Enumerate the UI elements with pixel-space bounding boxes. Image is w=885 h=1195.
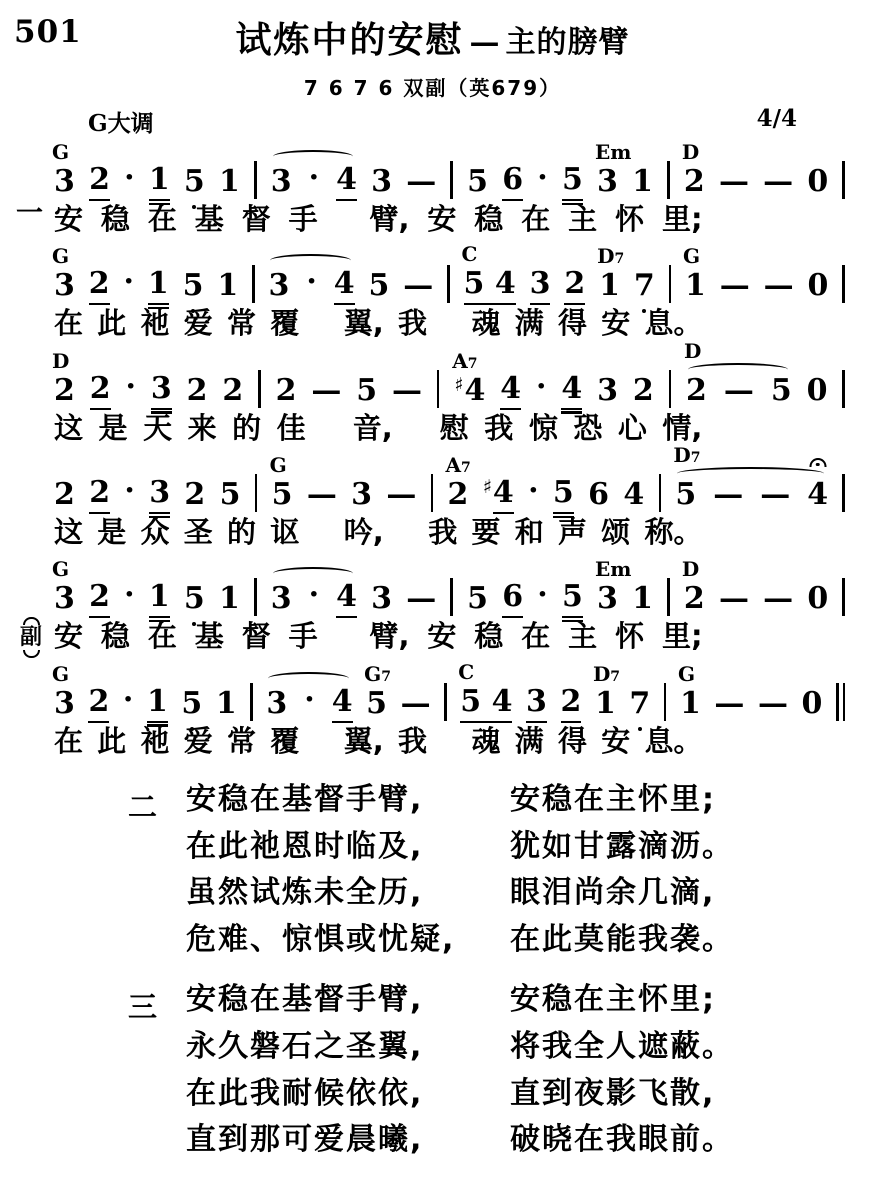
note-token: 4 [807, 480, 828, 514]
fermata-icon [809, 458, 826, 467]
lyric-syllable: 安 [54, 203, 83, 236]
lyric-syllable: 基 [195, 203, 224, 236]
slur-arc-group: D75——4 [675, 480, 828, 514]
note-digit: 2 [448, 480, 469, 514]
music-line: D22·3222—5—A7♯44·432D2—50这是天来的佳音,慰我惊恐心情, [20, 346, 845, 445]
note-token: · [537, 580, 547, 618]
note-digit: 3 [597, 584, 618, 618]
barline [669, 265, 672, 303]
dot-separator: · [123, 685, 133, 723]
note-digit: 2 [686, 376, 707, 410]
note-digit: 2 [222, 376, 243, 410]
lyric-syllable: 常 [227, 307, 256, 340]
chord-label: A7 [452, 351, 477, 371]
note-digit: 3 [371, 167, 392, 201]
note-token: 3 [266, 689, 287, 723]
note-token: — [760, 480, 790, 514]
note-token: · [304, 685, 314, 723]
verse-row: 安稳在基督手臂,安稳在主怀里; [186, 782, 845, 819]
dash-note: — [719, 167, 749, 201]
verse-line-left: 安稳在基督手臂, [186, 982, 510, 1019]
barline [450, 578, 453, 616]
note-digit: 2 [684, 167, 705, 201]
note-digit: 2 [90, 374, 111, 410]
note-digit: 3 [268, 271, 289, 305]
lyric-syllable: 此 [97, 725, 126, 758]
notes-row: D22·3222—5—A7♯44·432D2—50 [54, 346, 845, 410]
note-token: · [124, 163, 134, 201]
note-token: — [763, 167, 793, 201]
lyric-syllable: 称。 [644, 516, 702, 549]
chord-label: G [270, 455, 287, 475]
lyric-syllable: 魂 [471, 725, 500, 758]
note-digit: 1 [149, 582, 170, 618]
note-digit: 3 [54, 271, 75, 305]
note-token: — [403, 271, 433, 305]
title-subtitle: 主的膀臂 [506, 25, 630, 60]
dot-separator: · [124, 476, 134, 514]
lyric-syllable: 在 [521, 203, 550, 236]
note-token: Em3 [597, 584, 618, 618]
lyric-syllable: 祂 [141, 307, 170, 340]
note-token: — [720, 271, 750, 305]
note-token: D2 [54, 376, 75, 410]
note-token: 2 [89, 582, 110, 618]
note-token: — [392, 376, 422, 410]
note-token: — [406, 584, 436, 618]
lyric-syllable: 息。 [644, 725, 702, 758]
note-token: 2 [89, 269, 110, 305]
note-digit: 5 [467, 584, 488, 618]
note-digit: 5 4 [460, 687, 512, 723]
note-token [450, 161, 453, 201]
header: 501 试炼中的安慰—主的膀臂 [20, 12, 845, 64]
note-token: G3 [54, 271, 75, 305]
note-token: — [311, 376, 341, 410]
note-token: — [719, 167, 749, 201]
note-token: A72 [448, 480, 469, 514]
lyric-syllable: 安 [427, 620, 456, 653]
verse-line-right: 眼泪尚余几滴, [510, 875, 715, 912]
note-digit: 1 [599, 271, 620, 305]
note-digit: 3 [597, 167, 618, 201]
note-token [254, 578, 257, 618]
chord-label: C [458, 662, 474, 682]
note-token: G75 [366, 689, 387, 723]
lyric-syllable: 覆 [270, 725, 299, 758]
note-token: · [123, 685, 133, 723]
note-token: 1 [148, 269, 169, 305]
lyric-spacer [314, 516, 330, 549]
note-token: A7♯4 [454, 376, 485, 410]
vertical-paren-bottom [23, 650, 40, 658]
lyric-syllable: 在 [54, 307, 83, 340]
note-token [667, 161, 670, 201]
note-digit: 1 [219, 584, 240, 618]
note-token: — [401, 689, 431, 723]
chord-extension: 7 [614, 251, 624, 267]
note-digit: 0 [807, 271, 828, 305]
lyric-syllable: 这 [54, 412, 83, 445]
note-token: C5 4 [460, 687, 512, 723]
note-digit: 1 [219, 167, 240, 201]
verse-line-right: 直到夜影飞散, [510, 1076, 715, 1113]
note-digit: 7 [629, 689, 650, 723]
note-token: 5 [562, 582, 583, 618]
lyric-syllable: 安 [427, 203, 456, 236]
dash-note: — [713, 480, 743, 514]
note-token: 3 [271, 584, 292, 618]
lyric-syllable: 我 [398, 725, 427, 758]
lyric-syllable: 常 [227, 725, 256, 758]
note-digit: 2 [89, 165, 110, 201]
barline [450, 161, 453, 199]
note-token [669, 370, 672, 410]
lyric-syllable: 督 [242, 620, 271, 653]
verse-line-left: 在此祂恩时临及, [186, 829, 510, 866]
note-token [842, 474, 845, 514]
lyric-syllable: 基 [195, 620, 224, 653]
note-token: G5 [272, 480, 293, 514]
note-digit: 5 [220, 480, 241, 514]
note-digit: 0 [807, 376, 828, 410]
dash-note: — [311, 376, 341, 410]
note-digit: 3 [271, 584, 292, 618]
note-token: · [124, 580, 134, 618]
chord-label: G [52, 664, 69, 684]
note-digit: 1 [632, 167, 653, 201]
hymn-number: 501 [14, 14, 82, 50]
note-token: 1 [219, 167, 240, 201]
music-line: G32·1513·43—56·5Em31D2——0安稳在基督手臂,安稳在主怀里;… [20, 137, 845, 236]
note-token [258, 370, 261, 410]
note-digit: 3 [54, 167, 75, 201]
verse-line-left: 安稳在基督手臂, [186, 782, 510, 819]
note-digit: 5 [467, 167, 488, 201]
barline [842, 474, 845, 512]
lyrics-row: 这是天来的佳音,慰我惊恐心情, [54, 412, 703, 445]
note-token: 4 [561, 374, 582, 410]
note-digit: 3 [351, 480, 372, 514]
note-token: C5 4 [464, 269, 516, 305]
note-digit: 5 4 [464, 269, 516, 305]
lyric-syllable: 稳 [474, 620, 503, 653]
note-digit: 0 [807, 584, 828, 618]
note-token: 5 [183, 271, 204, 305]
note-token: 0 [807, 584, 828, 618]
note-token: · [528, 476, 538, 514]
note-token: 2 [276, 376, 297, 410]
note-token [447, 265, 450, 305]
lyric-syllable: 怀 [615, 620, 644, 653]
chord-label: G [52, 142, 69, 162]
note-token: 1 [632, 584, 653, 618]
note-token: 1 [219, 584, 240, 618]
chord-label: G [683, 246, 700, 266]
note-token: 4 [336, 165, 357, 201]
barline [437, 370, 440, 408]
note-token: D75 [675, 480, 696, 514]
lyrics-row: 这是众圣的讴吟,我要和声颂称。 [54, 516, 703, 549]
chord-extension: 7 [610, 669, 620, 685]
note-digit: 2 [89, 269, 110, 305]
note-digit: 4 [464, 376, 485, 410]
note-digit: 2 [187, 376, 208, 410]
note-digit: 6 [588, 480, 609, 514]
lyric-spacer [398, 516, 414, 549]
note-digit: 1 [680, 689, 701, 723]
refrain-marker-text: 副 [20, 626, 42, 649]
barline [836, 683, 839, 721]
note-token: 3 [151, 374, 172, 410]
lyrics-row: 在此祂爱常覆翼,我魂满得安息。 [54, 725, 703, 758]
music-line: 22·325G5—3—A72♯4·564D75——4这是众圣的讴吟,我要和声颂称… [20, 450, 845, 549]
verse-row: 虽然试炼未全历,眼泪尚余几滴, [186, 875, 845, 912]
note-digit: 5 [356, 376, 377, 410]
lyric-syllable: 里; [662, 620, 703, 653]
note-digit: 5 [369, 271, 390, 305]
dash-note: — [719, 584, 749, 618]
dot-separator: · [124, 267, 134, 305]
music-line: G32·1513·45—C5 432D717G1——0在此祂爱常覆翼,我魂满得安… [20, 241, 845, 340]
notes-row: G32·1513·45—C5 432D717G1——0 [54, 241, 845, 305]
refrain-marker: 副 [20, 617, 42, 658]
lyric-syllable: 爱 [184, 725, 213, 758]
lyric-syllable: 心 [618, 412, 647, 445]
barline [254, 578, 257, 616]
note-token [255, 474, 258, 514]
note-digit: 3 [266, 689, 287, 723]
note-token: 0 [802, 689, 823, 723]
lyric-syllable: 手 [289, 203, 318, 236]
verse-row: 危难、惊惧或忧疑,在此莫能我袭。 [186, 922, 845, 959]
note-digit: 0 [802, 689, 823, 723]
lyric-spacer [321, 412, 337, 445]
note-token [667, 578, 670, 618]
key-row: G大调 4/4 [20, 105, 845, 135]
verse-line-right: 在此莫能我袭。 [510, 922, 734, 959]
barline [252, 265, 255, 303]
lyric-syllable: 讴 [270, 516, 299, 549]
lyric-syllable: 覆 [270, 307, 299, 340]
note-token: G1 [680, 689, 701, 723]
note-token: — [406, 167, 436, 201]
note-token: 2 [89, 478, 110, 514]
note-digit: 3 [371, 584, 392, 618]
note-token: 3 [149, 478, 170, 514]
dash-note: — [764, 271, 794, 305]
lyric-syllable: 颂 [601, 516, 630, 549]
slur-arc-group: D2—5 [686, 376, 792, 410]
chord-label: D7 [593, 664, 620, 684]
barline [664, 683, 667, 721]
barline [842, 161, 845, 199]
note-token: 3 [351, 480, 372, 514]
barline [842, 265, 845, 303]
lyric-spacer [441, 725, 457, 758]
note-token: 1 [632, 167, 653, 201]
note-token [437, 370, 440, 410]
chord-label: D [682, 142, 699, 162]
note-token: 3 [371, 167, 392, 201]
verse-line-left: 直到那可爱晨曦, [186, 1122, 510, 1159]
chord-label: Em [595, 559, 631, 579]
dash-note: — [758, 689, 788, 723]
lyric-syllable: 圣 [184, 516, 213, 549]
note-token: 5 [184, 584, 205, 618]
note-token: D2 [684, 584, 705, 618]
note-token: 6 [502, 582, 523, 618]
dash-note: — [392, 376, 422, 410]
note-token: 4 [334, 269, 355, 305]
note-digit: 2 [684, 584, 705, 618]
dot-separator: · [537, 580, 547, 618]
title-dash: — [470, 25, 500, 60]
note-token: · [306, 267, 316, 305]
note-digit: 2 [561, 687, 582, 723]
barline [444, 683, 447, 721]
note-token: 1 [216, 689, 237, 723]
note-token: 5 [184, 167, 205, 201]
lyric-syllable: 来 [188, 412, 217, 445]
note-token: 5 [181, 689, 202, 723]
note-token: 4 [623, 480, 644, 514]
verse-line-right: 犹如甘露滴沥。 [510, 829, 734, 866]
note-digit: 2 [564, 269, 585, 305]
slur-arc-group: 3·4 [268, 267, 354, 305]
dot-separator: · [309, 580, 319, 618]
note-token: · [309, 580, 319, 618]
note-digit: 5 [183, 271, 204, 305]
barline [250, 683, 253, 721]
lyric-syllable: 此 [97, 307, 126, 340]
verse-block: 三安稳在基督手臂,安稳在主怀里;永久磐石之圣翼,将我全人遮蔽。在此我耐候依依,直… [128, 982, 845, 1158]
lyric-syllable: 主 [568, 203, 597, 236]
dot-separator: · [528, 476, 538, 514]
note-token: · [536, 372, 546, 410]
lyric-syllable: 怀 [615, 203, 644, 236]
note-token [664, 683, 667, 723]
lyric-syllable: 安 [54, 620, 83, 653]
barline [669, 370, 672, 408]
chord-label: A7 [446, 455, 471, 475]
note-token: · [537, 163, 547, 201]
note-digit: 4 [493, 478, 514, 514]
note-digit: 1 [148, 269, 169, 305]
note-token: 1 [149, 165, 170, 201]
note-digit: 3 [54, 584, 75, 618]
lyric-syllable: 稳 [474, 203, 503, 236]
note-token: 2 [54, 480, 75, 514]
barline [254, 161, 257, 199]
note-token: 3 [371, 584, 392, 618]
note-token: G3 [54, 584, 75, 618]
verse-row: 在此我耐候依依,直到夜影飞散, [186, 1076, 845, 1113]
note-token: 0 [807, 376, 828, 410]
chord-label: Em [595, 142, 631, 162]
key-signature: G大调 [88, 105, 154, 135]
verse-line-left: 危难、惊惧或忧疑, [186, 922, 510, 959]
lyric-spacer [408, 412, 424, 445]
note-digit: 4 [334, 269, 355, 305]
notes-row: G32·1513·4G75—C5 432D717G1——0 [54, 659, 845, 723]
note-digit: 4 [807, 480, 828, 514]
note-token [252, 265, 255, 305]
verse-line-left: 在此我耐候依依, [186, 1076, 510, 1113]
lyric-spacer [336, 620, 352, 653]
verse-row: 永久磐石之圣翼,将我全人遮蔽。 [186, 1029, 845, 1066]
lyric-syllable: 我 [428, 516, 457, 549]
lyric-syllable: 在 [148, 203, 177, 236]
verse-line-right: 安稳在主怀里; [510, 782, 716, 819]
verse-number-marker: 二 [128, 785, 157, 826]
lyric-syllable: 恐 [573, 412, 602, 445]
note-token: — [764, 271, 794, 305]
note-digit: 5 [675, 480, 696, 514]
dot-separator: · [536, 372, 546, 410]
dash-note: — [714, 689, 744, 723]
note-token: D2 [686, 376, 707, 410]
barline [843, 683, 846, 721]
barline [659, 474, 662, 512]
note-digit: 3 [54, 689, 75, 723]
dash-note: — [763, 584, 793, 618]
lyric-syllable: 我 [398, 307, 427, 340]
note-token: 2 [184, 480, 205, 514]
note-token: 3 [530, 269, 551, 305]
dash-note: — [760, 480, 790, 514]
lyric-syllable: 安 [601, 307, 630, 340]
lyric-syllable: 里; [662, 203, 703, 236]
lyrics-row: 安稳在基督手臂,安稳在主怀里; [54, 620, 703, 653]
barline [258, 370, 261, 408]
dash-note: — [403, 271, 433, 305]
note-token: 4 [332, 687, 353, 723]
note-digit: 2 [54, 376, 75, 410]
note-token: 1 [147, 687, 168, 723]
note-token: · [126, 372, 136, 410]
lyric-spacer [441, 307, 457, 340]
barline [667, 578, 670, 616]
lyric-syllable: 我 [484, 412, 513, 445]
dash-note: — [307, 480, 337, 514]
lyric-syllable: 情, [662, 412, 702, 445]
note-token: G1 [685, 271, 706, 305]
lyric-syllable: 是 [99, 412, 128, 445]
slur-arc-group: 3·4 [266, 685, 352, 723]
note-token: ♯4 [483, 478, 514, 514]
note-digit: 5 [184, 167, 205, 201]
note-digit: 5 [553, 478, 574, 514]
note-token: — [386, 480, 416, 514]
lyric-syllable: 手 [289, 620, 318, 653]
note-token [250, 683, 253, 723]
note-digit: 5 [562, 165, 583, 201]
lyric-syllable: 佳 [277, 412, 306, 445]
lyric-spacer [314, 725, 330, 758]
note-digit: 4 [500, 374, 521, 410]
chord-label: G [52, 246, 69, 266]
dot-separator: · [124, 580, 134, 618]
note-token: 2 [90, 374, 111, 410]
notes-row: G32·1513·43—56·5Em31D2——0 [54, 554, 845, 618]
note-token: 5 [771, 376, 792, 410]
notes-row: G32·1513·43—56·5Em31D2——0 [54, 137, 845, 201]
note-token [444, 683, 447, 723]
lyric-syllable: 吟, [344, 516, 384, 549]
note-digit: 1 [149, 165, 170, 201]
note-token: 6 [588, 480, 609, 514]
